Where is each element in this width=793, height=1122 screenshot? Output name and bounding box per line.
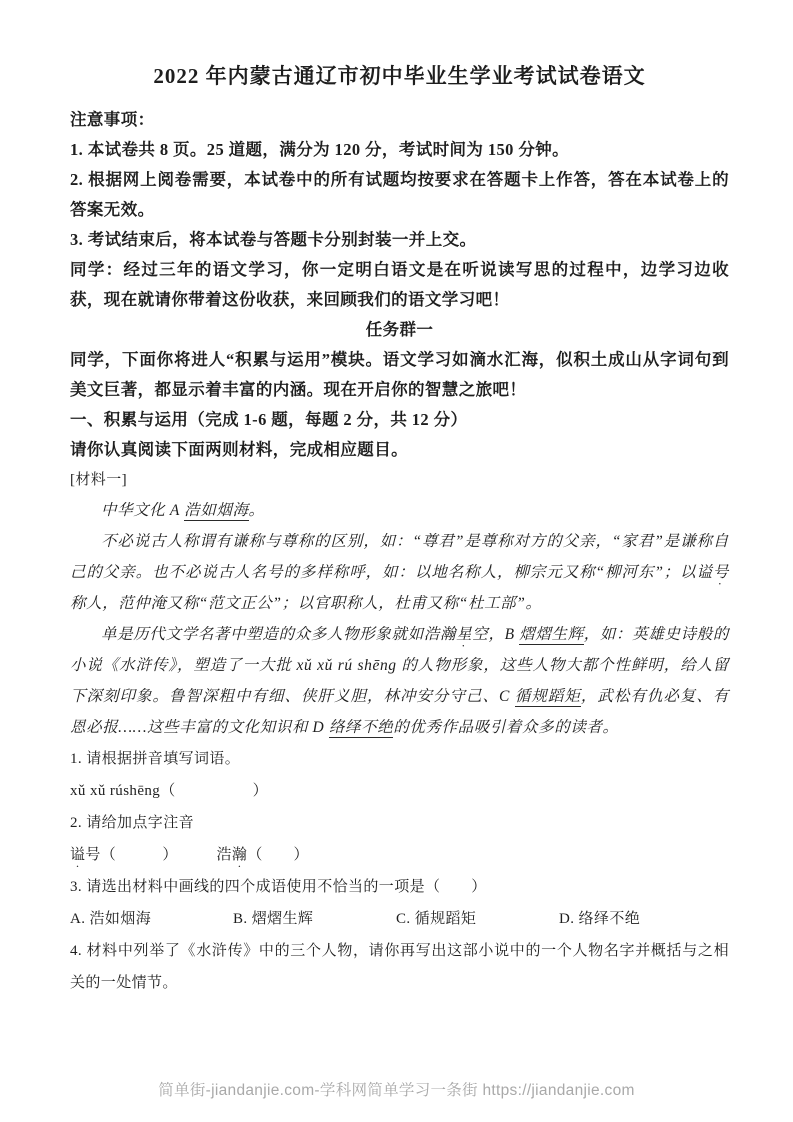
question-1-blank: xǔ xǔ rúshēng（ ） xyxy=(70,775,729,807)
underlined-idiom-a: 浩如烟海 xyxy=(184,502,248,521)
option-d: D. 络绎不绝 xyxy=(559,903,729,935)
answer-blank-parens: （ ） xyxy=(160,783,268,799)
exam-paper-content: 2022 年内蒙古通辽市初中毕业生学业考试试卷语文 注意事项： 1. 本试卷共 … xyxy=(0,0,793,999)
underlined-idiom-b: 熠熠生辉 xyxy=(519,626,584,645)
material-p1-end: 。 xyxy=(249,502,265,519)
underlined-idiom-d: 络绎不绝 xyxy=(329,719,393,738)
option-c: C. 循规蹈矩 xyxy=(396,903,559,935)
material-p3-text-1: 单是历代文学名著中塑造的众多人物形象就如浩 xyxy=(101,626,440,643)
q2-blank-1: 号（ ） xyxy=(85,847,170,863)
question-1: 1. 请根据拼音填写词语。 xyxy=(70,743,729,775)
dotted-char-shi-q2: 谥 xyxy=(70,847,85,863)
exam-paper-page: 2022 年内蒙古通辽市初中毕业生学业考试试卷语文 注意事项： 1. 本试卷共 … xyxy=(0,0,793,1122)
option-b: B. 熠熠生辉 xyxy=(233,903,396,935)
q2-word-2: 浩 xyxy=(217,847,232,863)
q2-gap xyxy=(170,847,216,863)
q2-blank-2: （ ） xyxy=(247,847,309,863)
page-title: 2022 年内蒙古通辽市初中毕业生学业考试试卷语文 xyxy=(70,60,729,90)
task-intro: 同学，下面你将进人“积累与运用”模块。语文学习如滴水汇海，似积土成山从字词句到美… xyxy=(70,345,729,405)
pinyin-prompt: xǔ xǔ rúshēng xyxy=(70,783,160,799)
material-paragraph-1: 中华文化 A 浩如烟海。 xyxy=(70,495,729,526)
notice-item-2: 2. 根据网上阅卷需要，本试卷中的所有试题均按要求在答题卡上作答，答在本试卷上的… xyxy=(70,165,729,225)
material-label: [材料一] xyxy=(70,465,729,495)
material-p3-text-5: 的优秀作品吸引着众多的读者。 xyxy=(393,719,618,736)
question-2-blank: 谥号（ ） 浩瀚（ ） xyxy=(70,839,729,871)
notice-item-1: 1. 本试卷共 8 页。25 道题，满分为 120 分，考试时间为 150 分钟… xyxy=(70,135,729,165)
section-heading: 一、积累与运用（完成 1-6 题，每题 2 分，共 12 分） xyxy=(70,405,729,435)
intro-greeting: 同学：经过三年的语文学习，你一定明白语文是在听说读写思的过程中，边学习边收获，现… xyxy=(70,255,729,315)
question-3: 3. 请选出材料中画线的四个成语使用不恰当的一项是（ ） xyxy=(70,871,729,903)
question-3-options: A. 浩如烟海 B. 熠熠生辉 C. 循规蹈矩 D. 络绎不绝 xyxy=(70,903,729,935)
site-watermark-link[interactable]: 简单街-jiandanjie.com-学科网简单学习一条街 https://ji… xyxy=(0,1078,793,1100)
notice-heading: 注意事项： xyxy=(70,105,729,135)
task-group-heading: 任务群一 xyxy=(70,315,729,345)
material-p1-text: 中华文化 A xyxy=(101,502,184,519)
material-paragraph-2: 不必说古人称谓有谦称与尊称的区别，如：“尊君”是尊称对方的父亲，“家君”是谦称自… xyxy=(70,526,729,619)
question-4: 4. 材料中列举了《水浒传》中的三个人物，请你再写出这部小说中的一个人物名字并概… xyxy=(70,935,729,999)
question-2: 2. 请给加点字注音 xyxy=(70,807,729,839)
material-paragraph-3: 单是历代文学名著中塑造的众多人物形象就如浩瀚星空，B 熠熠生辉，如：英雄史诗般的… xyxy=(70,619,729,743)
dotted-char-han: 瀚 xyxy=(440,626,456,643)
dotted-char-shi: 谥 xyxy=(696,564,712,581)
notice-item-3: 3. 考试结束后，将本试卷与答题卡分别封装一并上交。 xyxy=(70,225,729,255)
dotted-char-han-q2: 瀚 xyxy=(232,847,247,863)
underlined-idiom-c: 循规蹈矩 xyxy=(515,688,581,707)
material-p2-text-1: 不必说古人称谓有谦称与尊称的区别，如：“尊君”是尊称对方的父亲，“家君”是谦称自… xyxy=(70,533,729,581)
option-a: A. 浩如烟海 xyxy=(70,903,233,935)
read-prompt: 请你认真阅读下面两则材料，完成相应题目。 xyxy=(70,435,729,465)
